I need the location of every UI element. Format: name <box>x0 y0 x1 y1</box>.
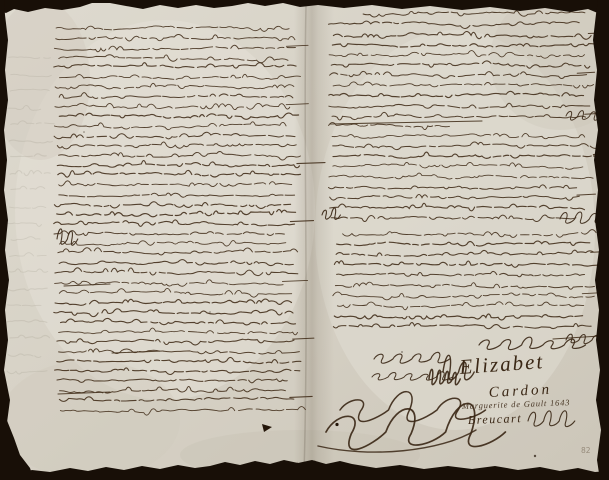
blot-dot-1 <box>335 423 338 426</box>
signature-breucart: Breucart <box>468 411 523 427</box>
manuscript-svg: Elizabet Cardon Marguerite de Gault 1643… <box>0 0 609 480</box>
gutter-shadow <box>294 3 334 477</box>
manuscript-scan: Elizabet Cardon Marguerite de Gault 1643… <box>0 0 609 480</box>
speck-3 <box>401 351 403 353</box>
blot-dot-2 <box>534 455 536 457</box>
folio-number: 82 <box>581 446 591 455</box>
speck-1 <box>83 131 85 133</box>
speck-2 <box>209 311 211 313</box>
